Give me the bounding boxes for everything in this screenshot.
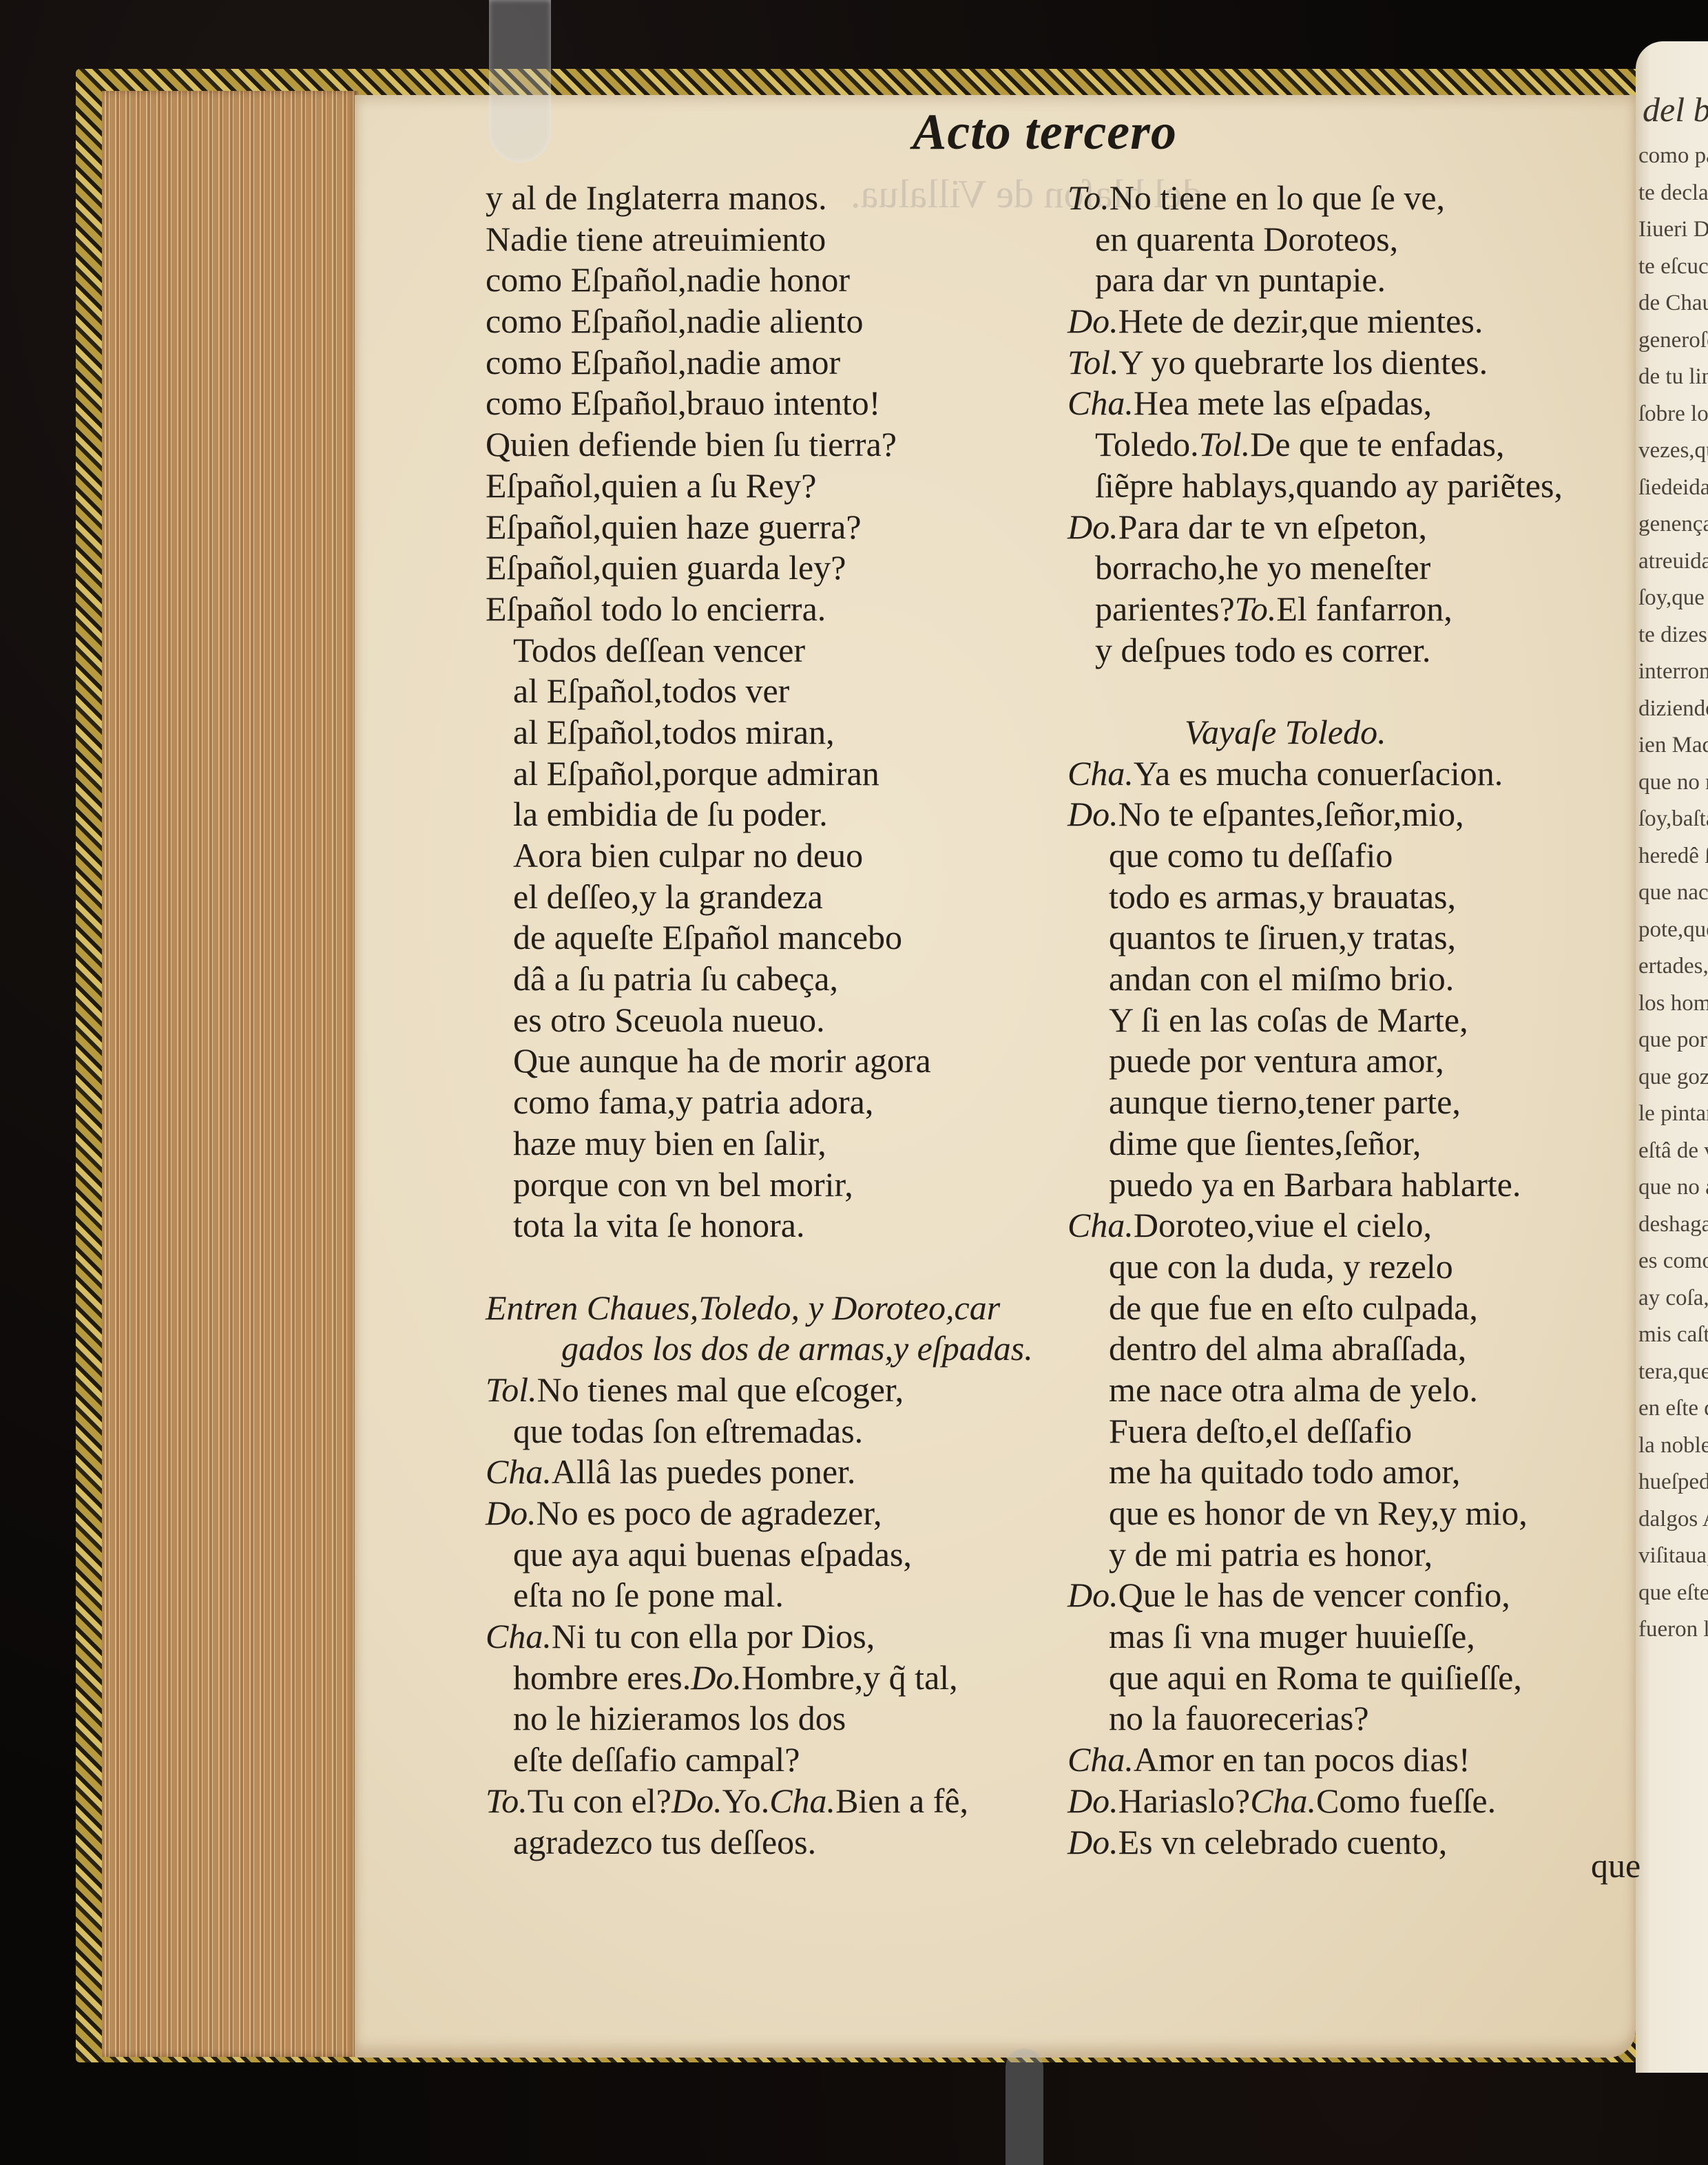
next-page-line: heredê ſus c — [1638, 838, 1708, 875]
verse-line: haze muy bien en ſalir, — [486, 1123, 1033, 1164]
next-page-line: vezes,que par — [1638, 432, 1708, 470]
line-text: Hea mete las eſpadas, — [1134, 384, 1432, 422]
line-text: ſiẽpre hablays,quando ay pariẽtes, — [1095, 466, 1563, 505]
line-text: Como fueſſe. — [1316, 1781, 1496, 1820]
line-text: dâ a ſu patria ſu cabeça, — [513, 959, 838, 998]
verse-line: Que aunque ha de morir agora — [486, 1040, 1033, 1082]
verse-line: como Eſpañol,brauo intento! — [486, 383, 1033, 424]
speaker-label: Cha. — [769, 1781, 835, 1820]
next-page-line: ſoy,que no f — [1638, 580, 1708, 617]
line-text: mas ſi vna muger huuieſſe, — [1109, 1617, 1475, 1655]
verse-line: y deſpues todo es correr. — [1067, 630, 1563, 671]
line-text: de aqueſte Eſpañol mancebo — [513, 918, 902, 956]
verse-line: que como tu deſſafio — [1067, 835, 1563, 877]
line-text: Amor en tan pocos dias! — [1134, 1740, 1470, 1779]
line-text: parientes? — [1095, 589, 1235, 628]
line-text: porque con vn bel morir, — [513, 1165, 853, 1204]
next-page-line: que por ſer — [1638, 1022, 1708, 1059]
line-text: que como tu deſſafio — [1109, 836, 1393, 875]
dialogue-line: Tol.Y yo quebrarte los dientes. — [1067, 342, 1563, 384]
line-text: Entren Chaues,Toledo, y Doroteo,car — [486, 1288, 1000, 1327]
line-text: No es poco de agradezer, — [537, 1494, 882, 1532]
verse-line: andan con el miſmo brio. — [1067, 959, 1563, 1000]
next-page-line: la nobleza — [1638, 1427, 1708, 1465]
line-text: no le hizieramos los dos — [513, 1699, 846, 1737]
speaker-label: Do. — [1067, 1781, 1118, 1820]
verse-line: todo es armas,y brauatas, — [1067, 877, 1563, 918]
verse-line: de que fue en eſto culpada, — [1067, 1288, 1563, 1329]
verse-line: ſiẽpre hablays,quando ay pariẽtes, — [1067, 466, 1563, 507]
verse-line: para dar vn puntapie. — [1067, 260, 1563, 301]
verse-line: dâ a ſu patria ſu cabeça, — [486, 959, 1033, 1000]
verse-line: es otro Sceuola nueuo. — [486, 1000, 1033, 1041]
next-page-lines: como page dete declaran ſu iIiueri Do. E… — [1638, 138, 1708, 1649]
next-page-line: es como la — [1638, 1243, 1708, 1280]
verse-line: eſte deſſafio campal? — [486, 1739, 1033, 1781]
line-text: Para dar te vn eſpeton, — [1118, 508, 1427, 546]
verse-line: como Eſpañol,nadie honor — [486, 260, 1033, 301]
line-text: Nadie tiene atreuimiento — [486, 220, 826, 258]
speaker-label: Cha. — [1067, 754, 1134, 793]
verse-line — [1067, 671, 1563, 712]
dialogue-line: Cha.Hea mete las eſpadas, — [1067, 383, 1563, 424]
verse-line: puedo ya en Barbara hablarte. — [1067, 1164, 1563, 1206]
next-page-line: pote,que deſ — [1638, 912, 1708, 949]
dialogue-line: To.Tu con el?Do.Yo.Cha.Bien a fê, — [486, 1781, 1033, 1822]
line-text: todo es armas,y brauatas, — [1109, 877, 1456, 916]
line-text: como Eſpañol,nadie aliento — [486, 302, 863, 340]
line-text: gados los dos de armas,y eſpadas. — [561, 1329, 1033, 1368]
verse-line: parientes?To.El fanfarron, — [1067, 589, 1563, 630]
verse-line: al Eſpañol,porque admiran — [486, 753, 1033, 795]
line-text: Que aunque ha de morir agora — [513, 1041, 931, 1080]
line-text: Allâ las puedes poner. — [552, 1452, 856, 1491]
speaker-label: To. — [486, 1781, 528, 1820]
speaker-label: To. — [1067, 178, 1110, 217]
line-text: Ni tu con ella por Dios, — [552, 1617, 875, 1655]
next-page-line: dalgos Anda — [1638, 1501, 1708, 1538]
line-text: como Eſpañol,brauo intento! — [486, 384, 880, 422]
left-text-column: y al de Inglaterra manos.Nadie tiene atr… — [486, 178, 1033, 1863]
next-page-line: ay coſa,que — [1638, 1280, 1708, 1317]
speaker-label: Cha. — [1067, 384, 1134, 422]
next-page-line: generoſo,illu — [1638, 322, 1708, 359]
dialogue-line: Cha.Ni tu con ella por Dios, — [486, 1616, 1033, 1657]
line-text: para dar vn puntapie. — [1095, 260, 1386, 299]
verse-line: eſta no ſe pone mal. — [486, 1575, 1033, 1616]
line-text: quantos te ſiruen,y tratas, — [1109, 918, 1456, 956]
next-page-line: viſitaua,a c — [1638, 1538, 1708, 1575]
next-page-line: genença me de — [1638, 506, 1708, 543]
verse-line: aunque tierno,tener parte, — [1067, 1082, 1563, 1123]
verse-line: hombre eres.Do.Hombre,y q̃ tal, — [486, 1657, 1033, 1699]
verse-line: en quarenta Doroteos, — [1067, 219, 1563, 260]
line-text: No tienes mal que eſcoger, — [537, 1370, 904, 1409]
next-page-line: interrompas n — [1638, 653, 1708, 691]
next-page-line: ſobre los cielos — [1638, 396, 1708, 433]
line-text: hombre eres. — [513, 1658, 691, 1697]
verse-line: quantos te ſiruen,y tratas, — [1067, 917, 1563, 959]
catchword: que — [1591, 1845, 1641, 1885]
dialogue-line: To.No tiene en lo que ſe ve, — [1067, 178, 1563, 219]
next-page-line: te dizes? Do. — [1638, 617, 1708, 654]
running-head: Acto tercero — [913, 103, 1177, 162]
next-page-line: Iiueri Do. Eſcu — [1638, 211, 1708, 249]
line-text: Doroteo,viue el cielo, — [1134, 1206, 1432, 1244]
verse-line: Quien defiende bien ſu tierra? — [486, 424, 1033, 466]
speaker-label: Tol. — [1199, 425, 1251, 463]
next-page-line: ertades,que e — [1638, 948, 1708, 985]
verse-line: Nadie tiene atreuimiento — [486, 219, 1033, 260]
verse-line: dime que ſientes,ſeñor, — [1067, 1123, 1563, 1164]
verse-line: Toledo.Tol.De que te enfadas, — [1067, 424, 1563, 466]
verse-line: dentro del alma abraſſada, — [1067, 1328, 1563, 1370]
speaker-label: Do. — [486, 1494, 537, 1532]
mylar-clip-bottom — [1006, 2049, 1043, 2165]
verse-line: me ha quitado todo amor, — [1067, 1452, 1563, 1493]
line-text: Y yo quebrarte los dientes. — [1119, 343, 1488, 381]
verse-line: no le hizieramos los dos — [486, 1698, 1033, 1739]
next-page-line: hueſpedes en — [1638, 1464, 1708, 1501]
line-text: De que te enfadas, — [1250, 425, 1504, 463]
stage-direction: Vayaſe Toledo. — [1067, 712, 1563, 753]
next-page-fragment: del blaſo como page dete declaran ſu iIi… — [1636, 41, 1708, 2073]
verse-line: Eſpañol,quien guarda ley? — [486, 547, 1033, 589]
verse-line: que aya aqui buenas eſpadas, — [486, 1534, 1033, 1576]
verse-line: Aora bien culpar no deuo — [486, 835, 1033, 877]
dialogue-line: Do.No es poco de agradezer, — [486, 1493, 1033, 1534]
line-text: como Eſpañol,nadie amor — [486, 343, 840, 381]
verse-line: y al de Inglaterra manos. — [486, 178, 1033, 219]
line-text: Vayaſe Toledo. — [1185, 713, 1386, 751]
mylar-clip-top — [489, 0, 551, 163]
next-page-line: eſtâ de vir — [1638, 1133, 1708, 1170]
line-text: dime que ſientes,ſeñor, — [1109, 1124, 1421, 1162]
dialogue-line: Do.Hete de dezir,que mientes. — [1067, 301, 1563, 342]
next-page-line: en eſte don — [1638, 1390, 1708, 1427]
dialogue-line: Do.Para dar te vn eſpeton, — [1067, 507, 1563, 548]
next-page-line: de tu linage — [1638, 359, 1708, 396]
line-text: Eſpañol,quien a ſu Rey? — [486, 466, 816, 505]
dialogue-line: Cha.Amor en tan pocos dias! — [1067, 1739, 1563, 1781]
next-page-line: te eſcucho. Do — [1638, 249, 1708, 286]
verse-line: porque con vn bel morir, — [486, 1164, 1033, 1206]
line-text: Aora bien culpar no deuo — [513, 836, 863, 875]
line-text: borracho,he yo meneſter — [1095, 548, 1430, 587]
next-page-line: que eſte caſo — [1638, 1575, 1708, 1612]
line-text: como fama,y patria adora, — [513, 1082, 873, 1121]
line-text: haze muy bien en ſalir, — [513, 1124, 826, 1162]
line-text: Yo. — [722, 1781, 770, 1820]
verse-line — [486, 1246, 1033, 1288]
speaker-label: Cha. — [1250, 1781, 1316, 1820]
right-text-column: To.No tiene en lo que ſe ve,en quarenta … — [1067, 178, 1563, 1863]
verse-line: Eſpañol todo lo encierra. — [486, 589, 1033, 630]
speaker-label: Tol. — [1067, 343, 1119, 381]
line-text: Hombre,y q̃ tal, — [742, 1658, 958, 1697]
next-page-line: tera,que los — [1638, 1354, 1708, 1391]
next-page-line: como page de — [1638, 138, 1708, 175]
dialogue-line: Do.Hariaslo?Cha.Como fueſſe. — [1067, 1781, 1563, 1822]
next-page-running-head: del blaſo — [1643, 90, 1708, 129]
line-text: tota la vita ſe honora. — [513, 1206, 804, 1244]
next-page-line: ſoy,baſta que — [1638, 801, 1708, 838]
line-text: el deſſeo,y la grandeza — [513, 877, 823, 916]
line-text: que es honor de vn Rey,y mio, — [1109, 1494, 1528, 1532]
dialogue-line: Do.Que le has de vencer confio, — [1067, 1575, 1563, 1616]
line-text: Quien defiende bien ſu tierra? — [486, 425, 897, 463]
line-text: Ya es mucha conuerſacion. — [1134, 754, 1503, 793]
line-text: no la fauorecerias? — [1109, 1699, 1369, 1737]
line-text: Eſpañol,quien guarda ley? — [486, 548, 846, 587]
line-text: que aya aqui buenas eſpadas, — [513, 1535, 912, 1573]
verse-line: Eſpañol,quien a ſu Rey? — [486, 466, 1033, 507]
line-text: Y ſi en las coſas de Marte, — [1109, 1001, 1468, 1039]
next-page-line: que goza de — [1638, 1059, 1708, 1096]
speaker-label: Do. — [1067, 302, 1118, 340]
verse-line: puede por ventura amor, — [1067, 1040, 1563, 1082]
next-page-line: te declaran ſu i — [1638, 175, 1708, 212]
dialogue-line: Tol.No tienes mal que eſcoger, — [486, 1370, 1033, 1411]
line-text: andan con el miſmo brio. — [1109, 959, 1454, 998]
stage-direction: gados los dos de armas,y eſpadas. — [486, 1328, 1033, 1370]
next-page-line: que nacio en — [1638, 875, 1708, 912]
speaker-label: Do. — [1067, 508, 1118, 546]
line-text: dentro del alma abraſſada, — [1109, 1329, 1466, 1368]
verse-line: agradezco tus deſſeos. — [486, 1822, 1033, 1863]
line-text: como Eſpañol,nadie honor — [486, 260, 850, 299]
verse-line: el deſſeo,y la grandeza — [486, 877, 1033, 918]
next-page-line: que no ay j — [1638, 1169, 1708, 1206]
verse-line: Fuera deſto,el deſſafio — [1067, 1411, 1563, 1452]
verse-line: la embidia de ſu poder. — [486, 794, 1033, 835]
next-page-line: fueron los te — [1638, 1611, 1708, 1649]
dialogue-line: Do.Es vn celebrado cuento, — [1067, 1822, 1563, 1863]
next-page-line: que no me pre — [1638, 764, 1708, 802]
speaker-label: Do. — [691, 1658, 742, 1697]
verse-line: al Eſpañol,todos ver — [486, 671, 1033, 712]
line-text: y al de Inglaterra manos. — [486, 178, 827, 217]
line-text: puedo ya en Barbara hablarte. — [1109, 1165, 1521, 1204]
line-text: Eſpañol todo lo encierra. — [486, 589, 826, 628]
line-text: agradezco tus deſſeos. — [513, 1823, 816, 1861]
line-text: Fuera deſto,el deſſafio — [1109, 1412, 1412, 1450]
book-fore-edge — [102, 91, 358, 2057]
verse-line: al Eſpañol,todos miran, — [486, 712, 1033, 753]
line-text: Tu con el? — [528, 1781, 671, 1820]
speaker-label: Do. — [1067, 1823, 1118, 1861]
next-page-line: mis caſtos — [1638, 1317, 1708, 1354]
line-text: eſta no ſe pone mal. — [513, 1576, 784, 1614]
line-text: Es vn celebrado cuento, — [1118, 1823, 1448, 1861]
verse-line: como Eſpañol,nadie aliento — [486, 301, 1033, 342]
line-text: Hariaslo? — [1118, 1781, 1251, 1820]
verse-line: como Eſpañol,nadie amor — [486, 342, 1033, 384]
line-text: No te eſpantes,ſeñor,mio, — [1118, 795, 1464, 833]
dialogue-line: Cha.Allâ las puedes poner. — [486, 1452, 1033, 1493]
verse-line: que todas ſon eſtremadas. — [486, 1411, 1033, 1452]
speaker-label: Cha. — [486, 1452, 552, 1491]
speaker-label: Cha. — [486, 1617, 552, 1655]
line-text: y deſpues todo es correr. — [1095, 631, 1430, 669]
next-page-line: deshaga y a — [1638, 1206, 1708, 1244]
line-text: Hete de dezir,que mientes. — [1118, 302, 1483, 340]
line-text: Que le has de vencer confio, — [1118, 1576, 1510, 1614]
verse-line: Y ſi en las coſas de Marte, — [1067, 1000, 1563, 1041]
line-text: me nace otra alma de yelo. — [1109, 1370, 1478, 1409]
speaker-label: Cha. — [1067, 1740, 1134, 1779]
line-text: de que fue en eſto culpada, — [1109, 1288, 1478, 1327]
line-text: que aqui en Roma te quiſieſſe, — [1109, 1658, 1522, 1697]
line-text: aunque tierno,tener parte, — [1109, 1082, 1461, 1121]
verse-line: como fama,y patria adora, — [486, 1082, 1033, 1123]
line-text: la embidia de ſu poder. — [513, 795, 828, 833]
speaker-label: Do. — [671, 1781, 722, 1820]
line-text: es otro Sceuola nueuo. — [513, 1001, 825, 1039]
speaker-label: Do. — [1067, 1576, 1118, 1614]
dialogue-line: Do.No te eſpantes,ſeñor,mio, — [1067, 794, 1563, 835]
next-page-line: diziendo,y n — [1638, 691, 1708, 728]
dialogue-line: Cha.Ya es mucha conuerſacion. — [1067, 753, 1563, 795]
verse-line: me nace otra alma de yelo. — [1067, 1370, 1563, 1411]
line-text: me ha quitado todo amor, — [1109, 1452, 1460, 1491]
verse-line: y de mi patria es honor, — [1067, 1534, 1563, 1576]
line-text: El fanfarron, — [1276, 589, 1452, 628]
line-text: al Eſpañol,todos ver — [513, 671, 789, 710]
verse-line: tota la vita ſe honora. — [486, 1205, 1033, 1246]
line-text: Todos deſſean vencer — [513, 631, 805, 669]
line-text: y de mi patria es honor, — [1109, 1535, 1433, 1573]
verse-line: borracho,he yo meneſter — [1067, 547, 1563, 589]
line-text: al Eſpañol,porque admiran — [513, 754, 879, 793]
speaker-label: Tol. — [486, 1370, 537, 1409]
speaker-label: Cha. — [1067, 1206, 1134, 1244]
verse-line: no la fauorecerias? — [1067, 1698, 1563, 1739]
next-page-line: los hombre — [1638, 985, 1708, 1023]
verse-line: que es honor de vn Rey,y mio, — [1067, 1493, 1563, 1534]
verse-line: de aqueſte Eſpañol mancebo — [486, 917, 1033, 959]
line-text: que todas ſon eſtremadas. — [513, 1412, 863, 1450]
verse-line: mas ſi vna muger huuieſſe, — [1067, 1616, 1563, 1657]
verse-line: que aqui en Roma te quiſieſſe, — [1067, 1657, 1563, 1699]
line-text: puede por ventura amor, — [1109, 1041, 1444, 1080]
speaker-label: To. — [1235, 589, 1277, 628]
line-text: al Eſpañol,todos miran, — [513, 713, 835, 751]
next-page-line: atreuida me — [1638, 543, 1708, 581]
line-text: Toledo. — [1095, 425, 1199, 463]
verse-line: que con la duda, y rezelo — [1067, 1246, 1563, 1288]
speaker-label: Do. — [1067, 795, 1118, 833]
verse-line: Todos deſſean vencer — [486, 630, 1033, 671]
next-page-line: le pintan c — [1638, 1096, 1708, 1133]
line-text: No tiene en lo que ſe ve, — [1110, 178, 1445, 217]
next-page-line: ien Madrid, — [1638, 727, 1708, 764]
stage-direction: Entren Chaues,Toledo, y Doroteo,car — [486, 1288, 1033, 1329]
line-text: eſte deſſafio campal? — [513, 1740, 800, 1779]
line-text: Eſpañol,quien haze guerra? — [486, 508, 862, 546]
line-text: Bien a fê, — [835, 1781, 968, 1820]
line-text: que con la duda, y rezelo — [1109, 1247, 1453, 1286]
line-text: en quarenta Doroteos, — [1095, 220, 1398, 258]
verse-line: Eſpañol,quien haze guerra? — [486, 507, 1033, 548]
dialogue-line: Cha.Doroteo,viue el cielo, — [1067, 1205, 1563, 1246]
next-page-line: de Chaues de V — [1638, 285, 1708, 322]
next-page-line: ſiedeidad me — [1638, 470, 1708, 507]
